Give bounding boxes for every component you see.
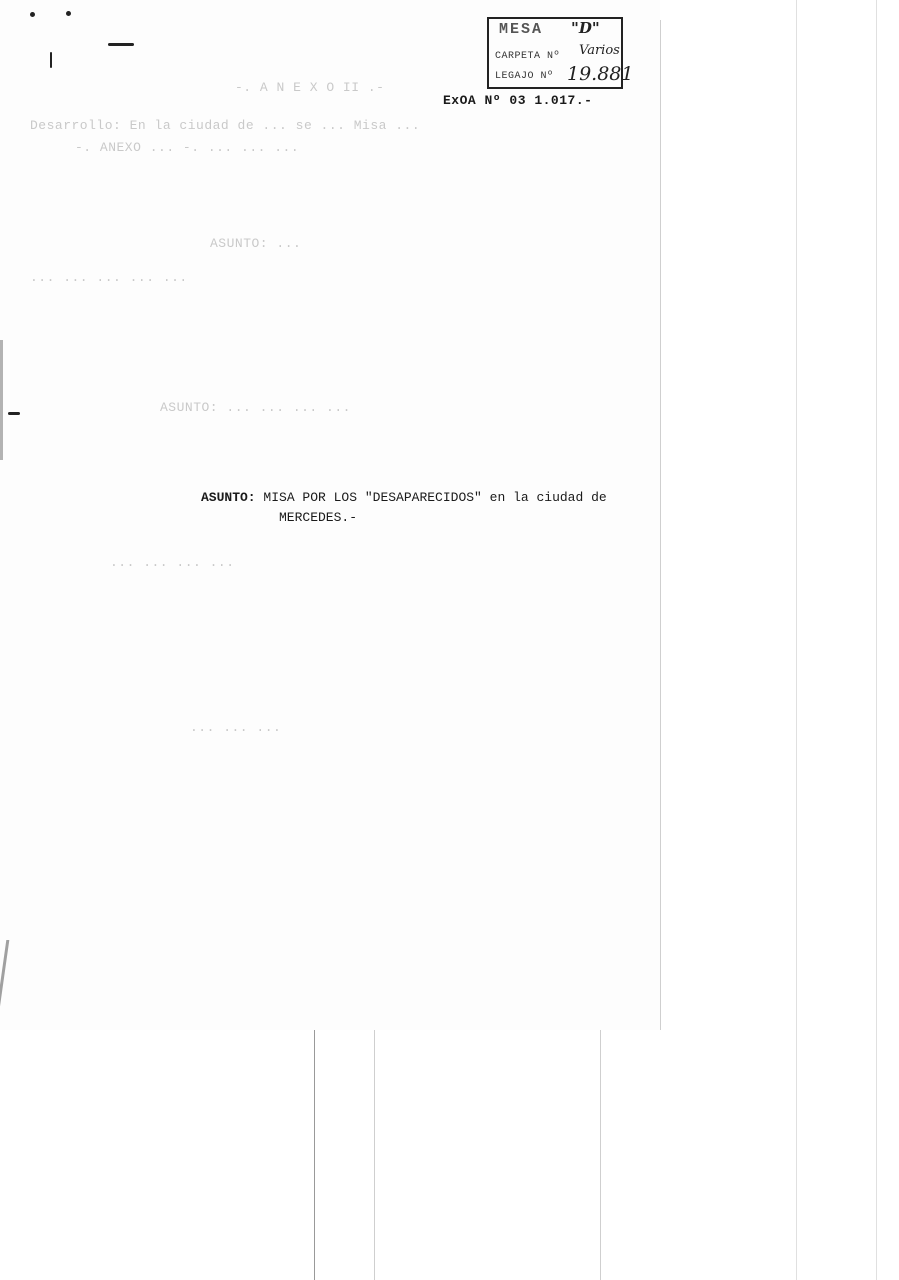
- stamp-title-mark: "D": [571, 19, 600, 37]
- stamp-title: MESA: [499, 21, 543, 38]
- subject-label: ASUNTO:: [201, 490, 256, 505]
- page-edge-shadow: [0, 340, 3, 460]
- carpeta-label: CARPETA Nº: [495, 51, 560, 62]
- faded-text-line: Desarrollo: En la ciudad de ... se ... M…: [30, 118, 420, 133]
- subject-line-2: MERCEDES.-: [201, 508, 607, 528]
- scan-divider-line: [600, 1030, 601, 1280]
- faded-text-line: ASUNTO: ...: [210, 236, 301, 251]
- faded-text-line: ... ... ... ... ...: [30, 270, 188, 285]
- ink-speck: [108, 43, 134, 46]
- registry-stamp: MESA "D" CARPETA Nº Varios LEGAJO Nº 19.…: [487, 17, 623, 89]
- faded-text-line: -. ANEXO ... -. ... ... ...: [75, 140, 299, 155]
- ink-speck: [30, 12, 35, 17]
- faded-text-line: ... ... ... ...: [110, 555, 235, 570]
- faded-heading: -. A N E X O II .-: [235, 80, 384, 95]
- carpeta-value: Varios: [579, 43, 620, 58]
- scan-divider-line: [796, 0, 797, 1280]
- legajo-value: 19.881: [567, 63, 633, 85]
- legajo-label: LEGAJO Nº: [495, 71, 554, 82]
- scan-divider-line: [876, 0, 877, 1280]
- ink-speck: [8, 412, 20, 415]
- scanned-document-page: -. A N E X O II .- Desarrollo: En la ciu…: [0, 0, 660, 1030]
- faded-text-line: ASUNTO: ... ... ... ...: [160, 400, 351, 415]
- scan-divider-line: [374, 1030, 375, 1280]
- ink-speck: [66, 11, 71, 16]
- scan-divider-line: [660, 20, 661, 1030]
- subject-line-1: MISA POR LOS "DESAPARECIDOS" en la ciuda…: [263, 490, 606, 505]
- file-reference-number: ExOA Nº 03 1.017.-: [443, 93, 592, 108]
- page-edge-shadow: [0, 940, 9, 1030]
- faded-text-line: ... ... ...: [190, 720, 281, 735]
- subject-block: ASUNTO: MISA POR LOS "DESAPARECIDOS" en …: [201, 488, 607, 528]
- scan-divider-line: [314, 1030, 315, 1280]
- ink-speck: [50, 52, 52, 68]
